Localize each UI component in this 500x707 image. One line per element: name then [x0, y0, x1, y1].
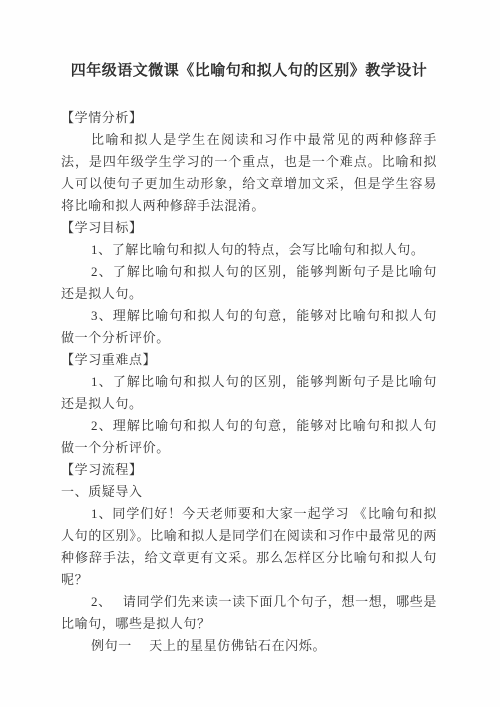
paragraph: 例句一 天上的星星仿佛钻石在闪烁。 [61, 635, 437, 657]
section-paragraphs: 1、了解比喻句和拟人句的区别，能够判断句子是比喻句还是拟人句。 2、理解比喻句和… [61, 371, 437, 459]
section-paragraphs: 一、质疑导入 1、同学们好！今天老师要和大家一起学习 《比喻句和拟人句的区别》。… [61, 481, 437, 657]
paragraph: 2、了解比喻句和拟人句的区别，能够判断句子是比喻句还是拟人句。 [61, 261, 437, 305]
section-paragraphs: 比喻和拟人是学生在阅读和习作中最常见的两种修辞手法，是四年级学生学习的一个重点，… [61, 129, 437, 217]
document-section: 【学习重难点】 1、了解比喻句和拟人句的区别，能够判断句子是比喻句还是拟人句。 … [61, 349, 437, 459]
document-section: 【学习流程】 一、质疑导入 1、同学们好！今天老师要和大家一起学习 《比喻句和拟… [61, 459, 437, 657]
paragraph: 1、了解比喻句和拟人句的特点，会写比喻句和拟人句。 [61, 239, 437, 261]
paragraph: 3、理解比喻句和拟人句的句意，能够对比喻句和拟人句做一个分析评价。 [61, 305, 437, 349]
document-body: 【学情分析】 比喻和拟人是学生在阅读和习作中最常见的两种修辞手法，是四年级学生学… [61, 107, 437, 657]
document-section: 【学情分析】 比喻和拟人是学生在阅读和习作中最常见的两种修辞手法，是四年级学生学… [61, 107, 437, 217]
document-title: 四年级语文微课《比喻句和拟人句的区别》教学设计 [61, 60, 437, 82]
section-heading: 【学习目标】 [61, 217, 437, 239]
section-heading: 【学情分析】 [61, 107, 437, 129]
section-heading: 【学习重难点】 [61, 349, 437, 371]
paragraph: 一、质疑导入 [61, 481, 437, 503]
document-page: 四年级语文微课《比喻句和拟人句的区别》教学设计 【学情分析】 比喻和拟人是学生在… [0, 0, 500, 707]
paragraph: 比喻和拟人是学生在阅读和习作中最常见的两种修辞手法，是四年级学生学习的一个重点，… [61, 129, 437, 217]
document-section: 【学习目标】 1、了解比喻句和拟人句的特点，会写比喻句和拟人句。 2、了解比喻句… [61, 217, 437, 349]
paragraph: 2、 请同学们先来读一读下面几个句子，想一想，哪些是比喻句，哪些是拟人句？ [61, 591, 437, 635]
section-heading: 【学习流程】 [61, 459, 437, 481]
paragraph: 1、了解比喻句和拟人句的区别，能够判断句子是比喻句还是拟人句。 [61, 371, 437, 415]
paragraph: 1、同学们好！今天老师要和大家一起学习 《比喻句和拟人句的区别》。比喻和拟人是同… [61, 503, 437, 591]
paragraph: 2、理解比喻句和拟人句的句意，能够对比喻句和拟人句做一个分析评价。 [61, 415, 437, 459]
section-paragraphs: 1、了解比喻句和拟人句的特点，会写比喻句和拟人句。 2、了解比喻句和拟人句的区别… [61, 239, 437, 349]
